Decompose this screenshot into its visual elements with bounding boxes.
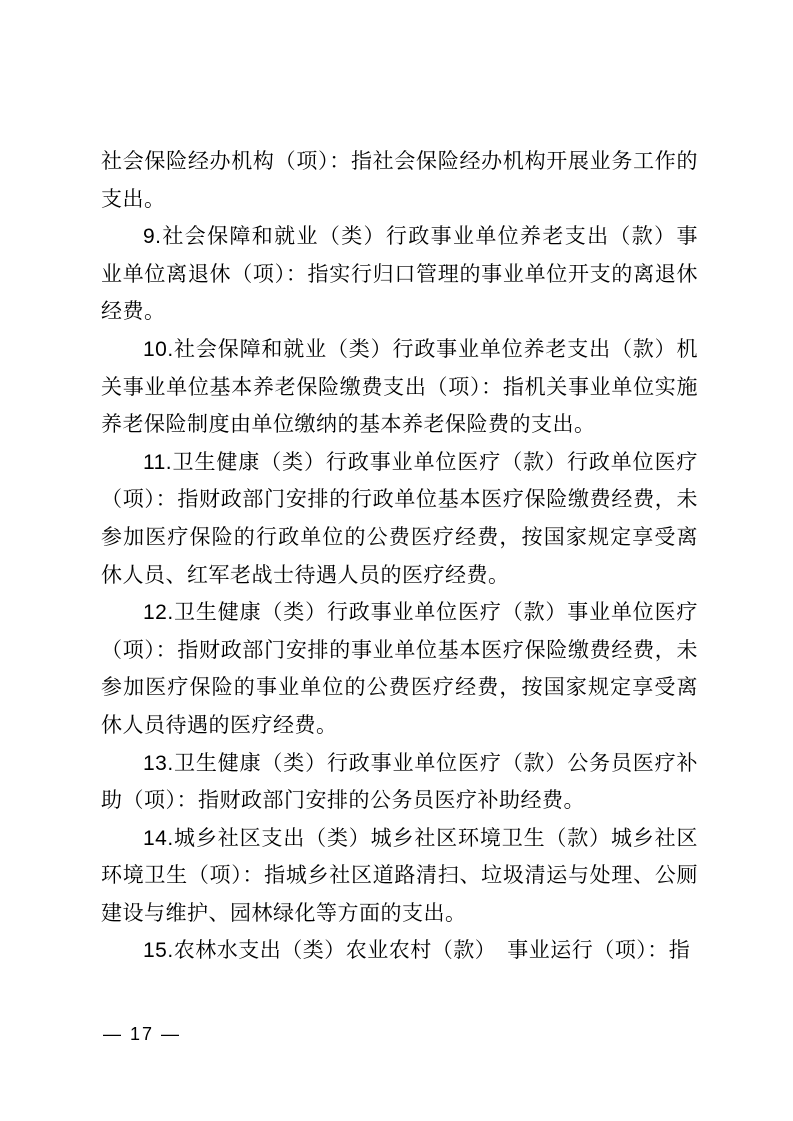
paragraph-item-11: 11.卫生健康（类）行政事业单位医疗（款）行政单位医疗（项）：指财政部门安排的行…: [101, 444, 698, 594]
paragraph-continued: 社会保险经办机构（项）：指社会保险经办机构开展业务工作的支出。: [101, 143, 698, 218]
paragraph-item-10: 10.社会保障和就业（类）行政事业单位养老支出（款）机关事业单位基本养老保险缴费…: [101, 331, 698, 444]
paragraph-item-9: 9.社会保障和就业（类）行政事业单位养老支出（款）事业单位离退休（项）：指实行归…: [101, 218, 698, 331]
document-page: 社会保险经办机构（项）：指社会保险经办机构开展业务工作的支出。 9.社会保障和就…: [0, 0, 793, 1121]
body-text: 社会保险经办机构（项）：指社会保险经办机构开展业务工作的支出。 9.社会保障和就…: [101, 143, 698, 970]
page-number: — 17 —: [103, 1024, 181, 1045]
paragraph-item-14: 14.城乡社区支出（类）城乡社区环境卫生（款）城乡社区环境卫生（项）：指城乡社区…: [101, 820, 698, 933]
paragraph-item-12: 12.卫生健康（类）行政事业单位医疗（款）事业单位医疗（项）：指财政部门安排的事…: [101, 594, 698, 744]
paragraph-item-15: 15.农林水支出（类）农业农村（款） 事业运行（项）：指: [101, 932, 698, 970]
paragraph-item-13: 13.卫生健康（类）行政事业单位医疗（款）公务员医疗补助（项）：指财政部门安排的…: [101, 745, 698, 820]
